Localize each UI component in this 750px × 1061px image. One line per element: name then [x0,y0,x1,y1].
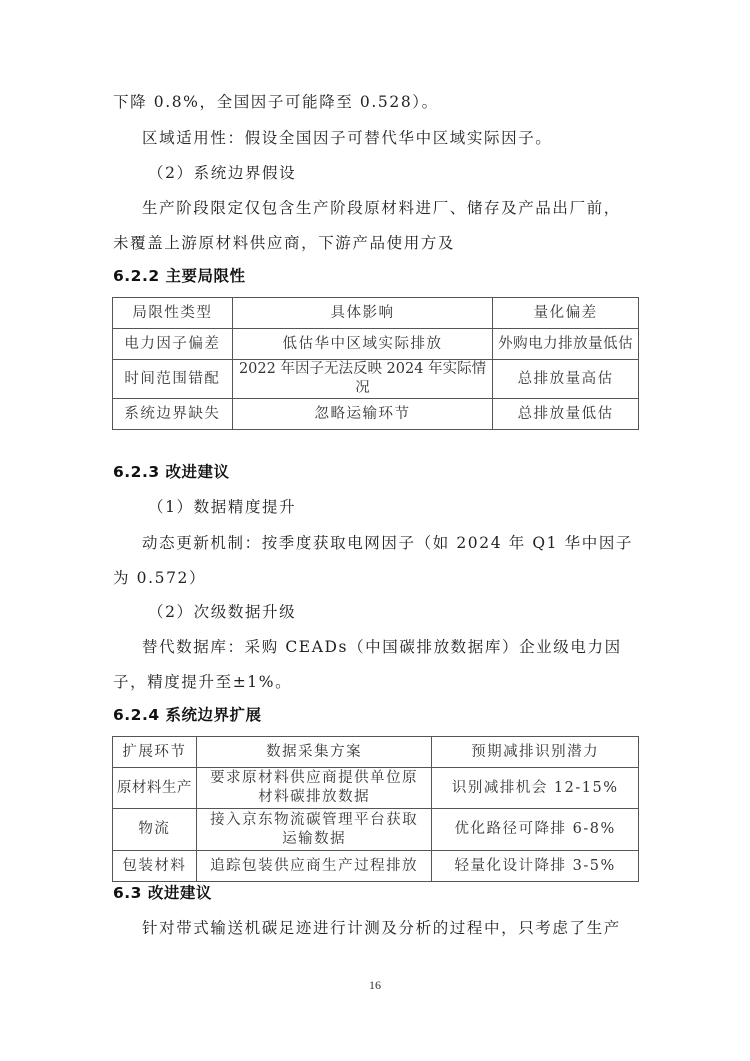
table-cell: 包装材料 [113,851,197,882]
section-heading-6-2-3: 6.2.3 改进建议 [113,462,643,482]
subheading: （1）数据精度提升 [148,497,678,517]
table-row: 系统边界缺失 忽略运输环节 总排放量低估 [113,399,639,430]
table-cell: 原材料生产 [113,768,197,809]
paragraph-line: 为 0.572） [113,568,643,588]
table-cell: 追踪包装供应商生产过程排放 [196,851,432,882]
table-cell: 系统边界缺失 [113,399,233,430]
paragraph-line: 下降 0.8%，全国因子可能降至 0.528）。 [113,92,643,112]
subheading: （2）次级数据升级 [148,602,678,622]
section-heading-6-2-2: 6.2.2 主要局限性 [113,266,643,286]
table-row: 时间范围错配 2022 年因子无法反映 2024 年实际情况 总排放量高估 [113,360,639,399]
table-row: 原材料生产 要求原材料供应商提供单位原材料碳排放数据 识别减排机会 12-15% [113,768,639,809]
paragraph-line: 未覆盖上游原材料供应商，下游产品使用方及 [113,233,643,253]
table-row: 物流 接入京东物流碳管理平台获取运输数据 优化路径可降排 6-8% [113,809,639,851]
header-cell: 数据采集方案 [196,737,432,768]
table-cell: 时间范围错配 [113,360,233,399]
paragraph-line: 针对带式输送机碳足迹进行计测及分析的过程中，只考虑了生产 [142,918,672,938]
table-cell: 识别减排机会 12-15% [432,768,639,809]
paragraph-line: 替代数据库：采购 CEADs（中国碳排放数据库）企业级电力因 [142,637,672,657]
document-page: 下降 0.8%，全国因子可能降至 0.528）。 区域适用性：假设全国因子可替代… [0,0,750,1061]
header-cell: 扩展环节 [113,737,197,768]
paragraph-line: 动态更新机制：按季度获取电网因子（如 2024 年 Q1 华中因子 [142,533,672,553]
table-header-row: 局限性类型 具体影响 量化偏差 [113,298,639,329]
header-cell: 预期减排识别潜力 [432,737,639,768]
paragraph-line: 子，精度提升至±1%。 [113,672,643,692]
table-cell: 电力因子偏差 [113,329,233,360]
table-cell: 优化路径可降排 6-8% [432,809,639,851]
header-cell: 局限性类型 [113,298,233,329]
boundary-extension-table: 扩展环节 数据采集方案 预期减排识别潜力 原材料生产 要求原材料供应商提供单位原… [112,736,639,882]
header-cell: 量化偏差 [493,298,639,329]
table-row: 电力因子偏差 低估华中区域实际排放 外购电力排放量低估 [113,329,639,360]
table-cell: 接入京东物流碳管理平台获取运输数据 [196,809,432,851]
paragraph-line: 区域适用性：假设全国因子可替代华中区域实际因子。 [142,128,672,148]
table-cell: 轻量化设计降排 3-5% [432,851,639,882]
limitations-table: 局限性类型 具体影响 量化偏差 电力因子偏差 低估华中区域实际排放 外购电力排放… [112,297,639,430]
header-cell: 具体影响 [232,298,493,329]
table-header-row: 扩展环节 数据采集方案 预期减排识别潜力 [113,737,639,768]
page-number: 16 [0,978,750,993]
table-cell: 物流 [113,809,197,851]
section-heading-6-2-4: 6.2.4 系统边界扩展 [113,705,643,725]
section-heading-6-3: 6.3 改进建议 [113,883,643,903]
table-cell: 要求原材料供应商提供单位原材料碳排放数据 [196,768,432,809]
table-cell: 总排放量高估 [493,360,639,399]
paragraph-line: 生产阶段限定仅包含生产阶段原材料进厂、储存及产品出厂前， [142,198,672,218]
table-cell: 低估华中区域实际排放 [232,329,493,360]
table-row: 包装材料 追踪包装供应商生产过程排放 轻量化设计降排 3-5% [113,851,639,882]
table-cell: 忽略运输环节 [232,399,493,430]
subheading: （2）系统边界假设 [148,163,678,183]
table-cell: 外购电力排放量低估 [493,329,639,360]
table-cell: 总排放量低估 [493,399,639,430]
table-cell: 2022 年因子无法反映 2024 年实际情况 [232,360,493,399]
